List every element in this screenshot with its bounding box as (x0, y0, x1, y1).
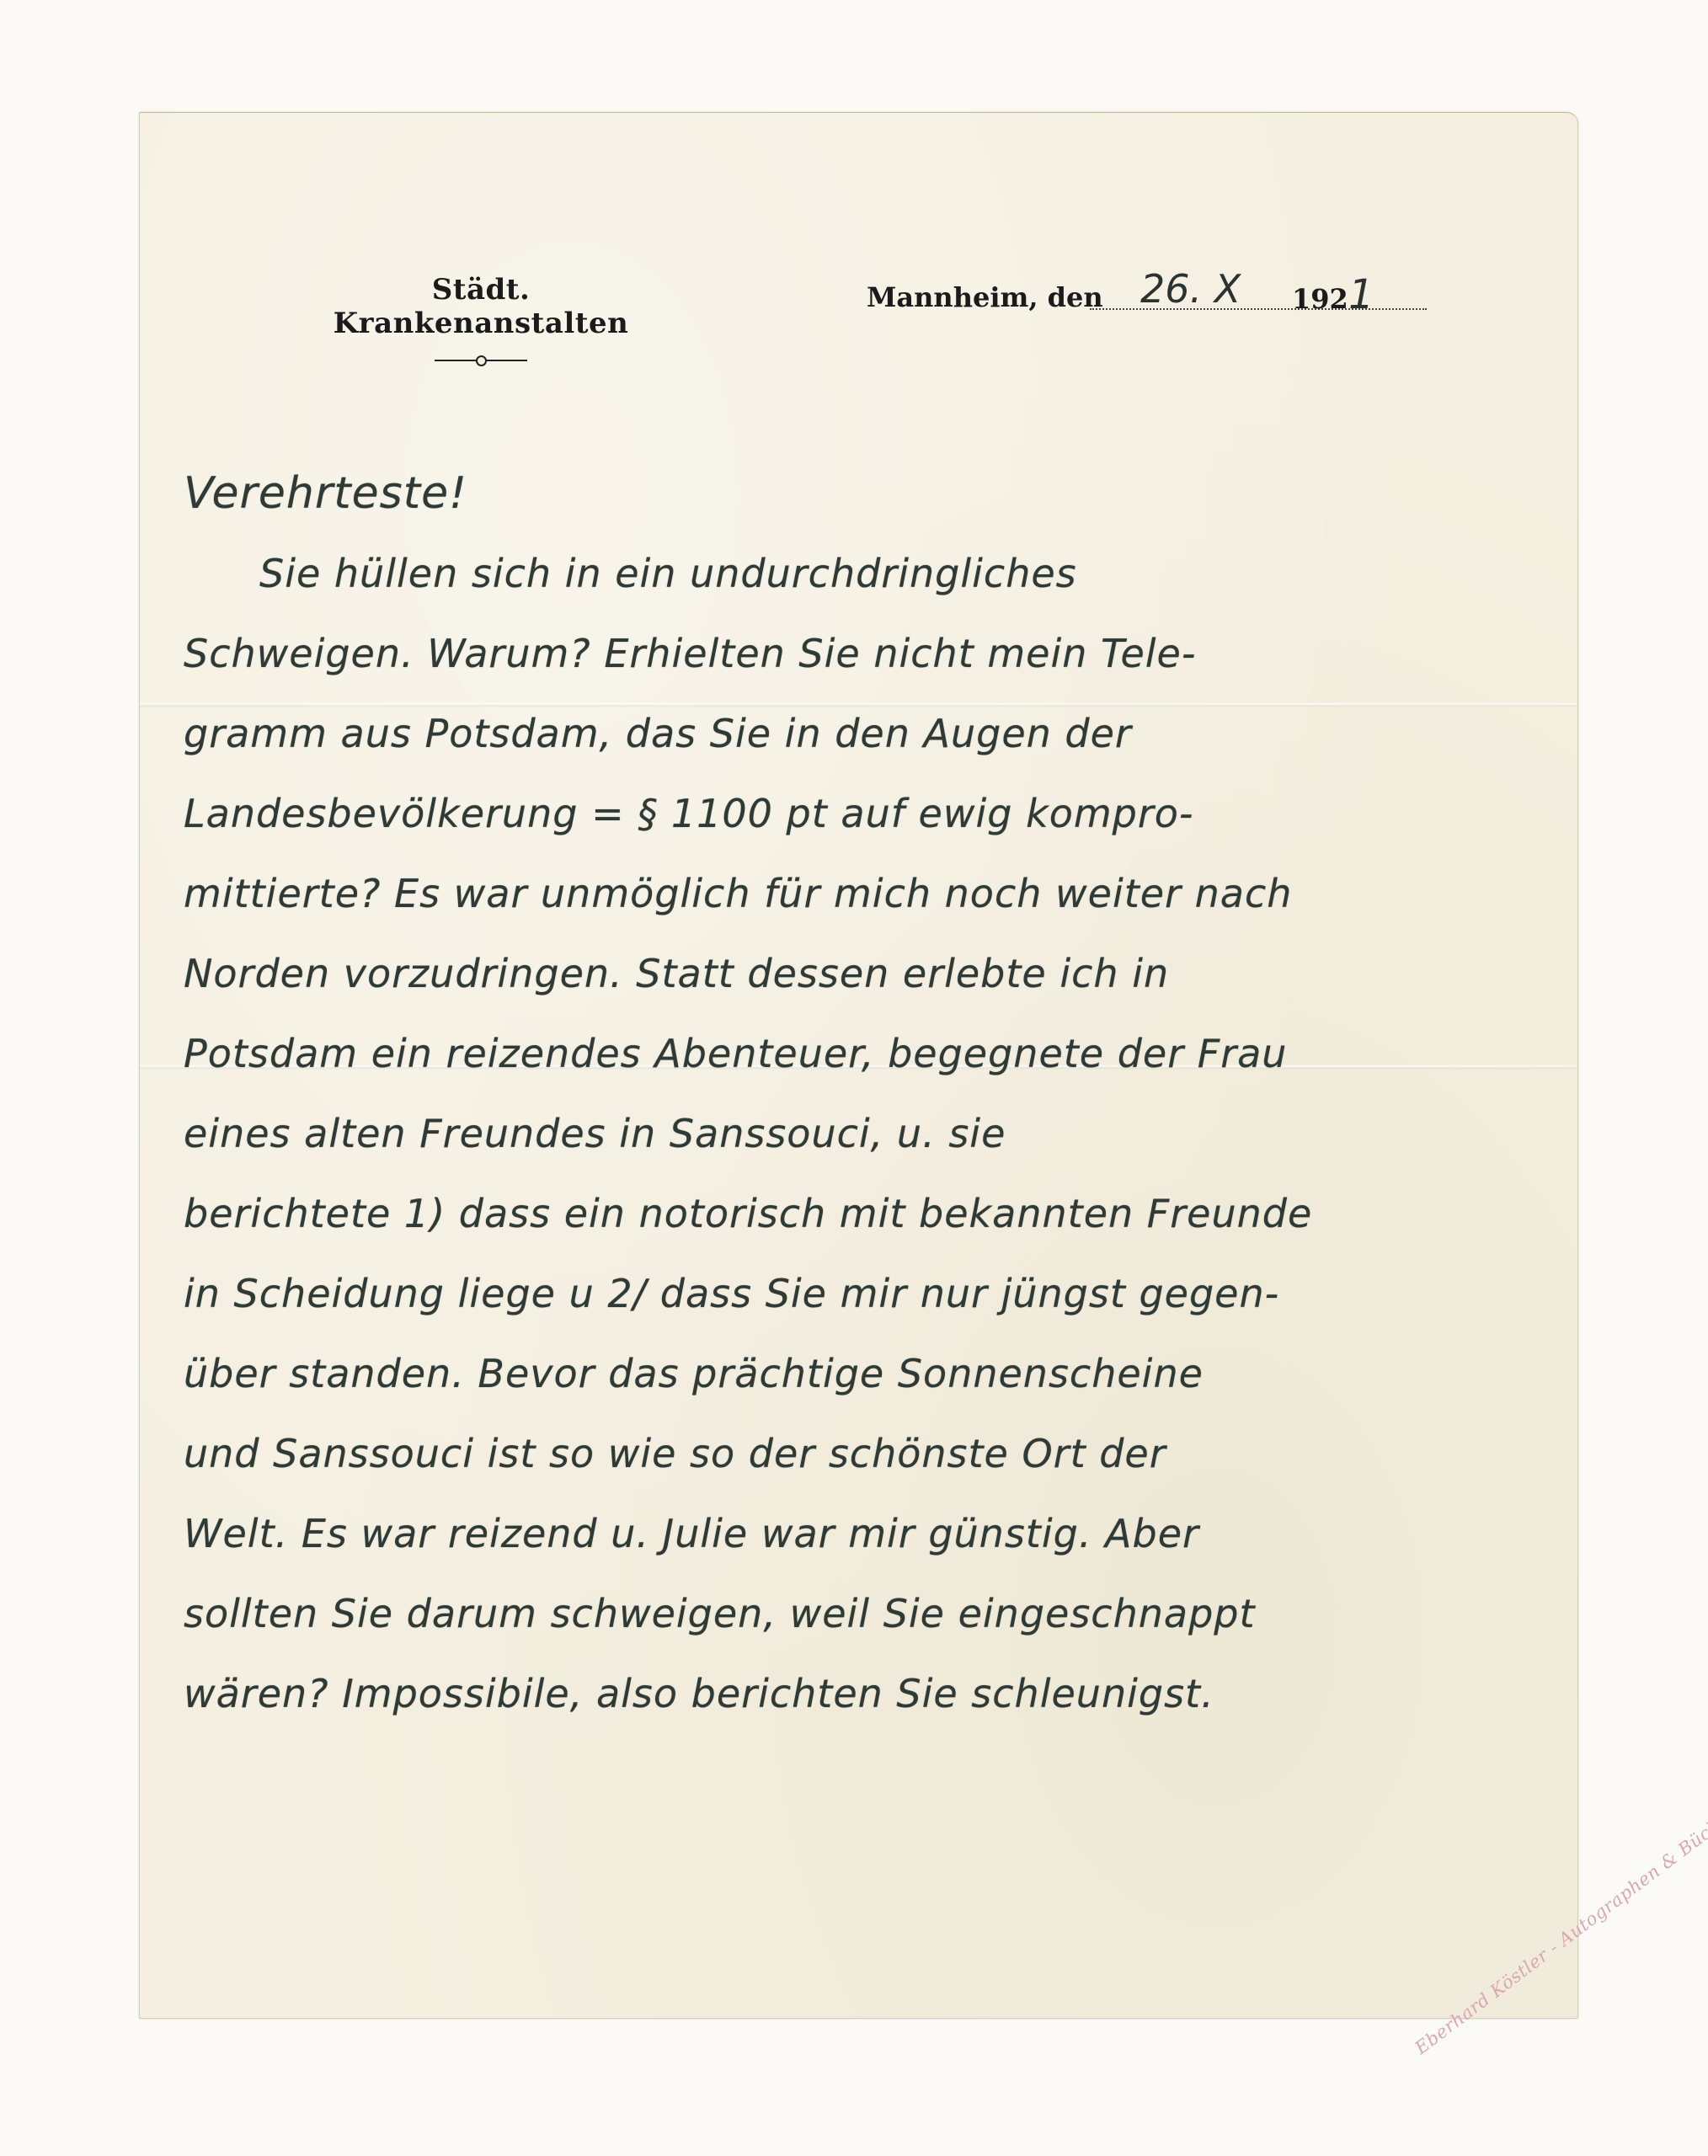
printed-year-prefix: 192 (1292, 283, 1348, 315)
letter-line: Norden vorzudringen. Statt dessen erlebt… (184, 934, 1548, 1014)
letter-line: Schweigen. Warum? Erhielten Sie nicht me… (184, 614, 1548, 694)
letter-line: wären? Impossibile, also berichten Sie s… (184, 1654, 1548, 1734)
letter-line: und Sanssouci ist so wie so der schönste… (184, 1414, 1548, 1494)
letter-line: in Scheidung liege u 2/ dass Sie mir nur… (184, 1254, 1548, 1334)
letter-line: über standen. Bevor das prächtige Sonnen… (184, 1334, 1548, 1414)
date-line: Mannheim, den 26. X 192 1 (867, 271, 1473, 322)
salutation: Verehrteste! (184, 454, 1548, 534)
letterhead-institution-block: Städt. Krankenanstalten (287, 273, 675, 366)
letter-line: eines alten Freundes in Sanssouci, u. si… (184, 1094, 1548, 1174)
letter-line: Landesbevölkerung = § 1100 pt auf ewig k… (184, 774, 1548, 854)
handwritten-date: 26. X (1140, 266, 1241, 312)
handwritten-year-digit: 1 (1348, 271, 1374, 318)
institution-name: Städt. Krankenanstalten (287, 273, 675, 340)
place-prefix: Mannheim, den (867, 281, 1103, 313)
document-scan: Städt. Krankenanstalten Mannheim, den 26… (0, 0, 1708, 2156)
letter-line: berichtete 1) dass ein notorisch mit bek… (184, 1174, 1548, 1254)
letter-line: Welt. Es war reizend u. Julie war mir gü… (184, 1494, 1548, 1574)
letter-line: mittierte? Es war unmöglich für mich noc… (184, 854, 1548, 934)
letter-sheet: Städt. Krankenanstalten Mannheim, den 26… (139, 112, 1578, 2019)
ring-ornament-icon (476, 355, 487, 366)
rule-ornament-icon (435, 355, 527, 366)
letter-line: Potsdam ein reizendes Abenteuer, begegne… (184, 1014, 1548, 1094)
letter-body: Verehrteste! Sie hüllen sich in ein undu… (184, 454, 1548, 1734)
letter-line: sollten Sie darum schweigen, weil Sie ei… (184, 1574, 1548, 1654)
letter-line: gramm aus Potsdam, das Sie in den Augen … (184, 694, 1548, 774)
letter-line: Sie hüllen sich in ein undurchdringliche… (184, 534, 1548, 614)
